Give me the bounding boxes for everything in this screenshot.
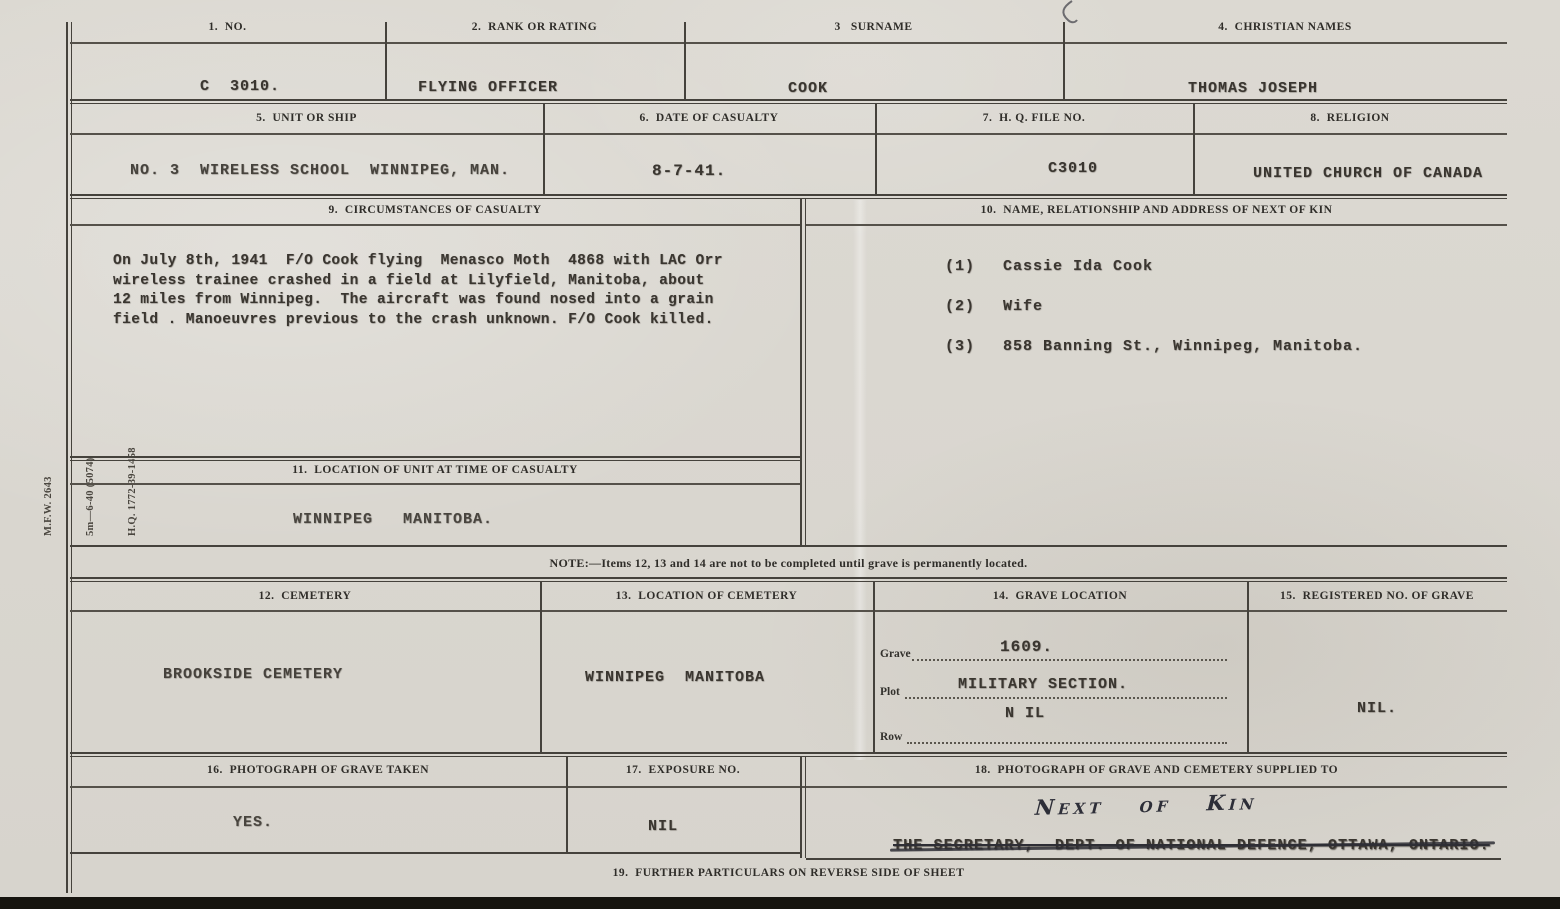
field-4-value: THOMAS JOSEPH: [1188, 80, 1318, 97]
grid-line: [873, 582, 875, 752]
grid-line: [1063, 22, 1065, 100]
field-14-label: 14. GRAVE LOCATION: [873, 590, 1247, 602]
field-3-label: 3 SURNAME: [684, 21, 1063, 33]
paper-background: [0, 0, 1560, 897]
grave-label: Grave: [880, 648, 911, 660]
field-12-value: BROOKSIDE CEMETERY: [163, 666, 343, 683]
grid-line: [70, 456, 800, 461]
field-7-label: 7. H. Q. FILE NO.: [875, 112, 1193, 124]
grid-line: [70, 99, 1507, 104]
field-15-label: 15. REGISTERED NO. OF GRAVE: [1247, 590, 1507, 602]
plot-label: Plot: [880, 686, 900, 698]
grave-value: 1609.: [1000, 638, 1053, 656]
paper-crease: [853, 200, 867, 760]
scanned-casualty-form: M.F.W. 2643 5m—6-40 (5074) H.Q. 1772-39-…: [0, 0, 1560, 909]
field-5-label: 5. UNIT OR SHIP: [70, 112, 543, 124]
next-of-kin-item-text: Wife: [1003, 298, 1043, 315]
field-9-value: On July 8th, 1941 F/O Cook flying Menasc…: [113, 252, 803, 330]
note-text: NOTE:—Items 12, 13 and 14 are not to be …: [70, 556, 1507, 571]
field-6-value: 8-7-41.: [652, 162, 726, 180]
field-12-label: 12. CEMETERY: [70, 590, 540, 602]
grid-line: [70, 224, 800, 226]
grid-line: [70, 786, 1507, 788]
row-value: N IL: [1005, 705, 1045, 722]
field-2-value: FLYING OFFICER: [418, 79, 558, 96]
grid-line: [1247, 582, 1249, 752]
plot-dotted-line: [905, 696, 1227, 699]
field-19-label: 19. FURTHER PARTICULARS ON REVERSE SIDE …: [70, 867, 1507, 879]
field-9-label: 9. CIRCUMSTANCES OF CASUALTY: [70, 204, 800, 216]
stamp-line: 5m—6-40 (5074): [84, 366, 98, 536]
grid-line: [70, 752, 1507, 757]
grid-line: [70, 545, 1507, 547]
grid-line: [70, 852, 800, 854]
grid-line: [70, 483, 800, 485]
grid-line: [70, 610, 1507, 612]
field-8-label: 8. RELIGION: [1193, 112, 1507, 124]
next-of-kin-item-text: 858 Banning St., Winnipeg, Manitoba.: [1003, 338, 1363, 355]
field-18-label: 18. PHOTOGRAPH OF GRAVE AND CEMETERY SUP…: [806, 764, 1507, 776]
field-2-label: 2. RANK OR RATING: [385, 21, 684, 33]
plot-value: MILITARY SECTION.: [958, 676, 1128, 693]
field-11-value: WINNIPEG MANITOBA.: [293, 511, 493, 528]
field-15-value: NIL.: [1247, 700, 1507, 717]
row-dotted-line: [907, 741, 1227, 744]
scan-bottom-bar: [0, 897, 1560, 909]
grid-line: [70, 577, 1507, 582]
field-4-label: 4. CHRISTIAN NAMES: [1063, 21, 1507, 33]
field-16-value: YES.: [233, 814, 273, 831]
grid-line: [806, 858, 1501, 860]
field-1-label: 1. NO.: [70, 21, 385, 33]
grid-line: [684, 22, 686, 100]
field-3-value: COOK: [788, 80, 828, 97]
grid-line: [70, 194, 1507, 199]
field-11-label: 11. LOCATION OF UNIT AT TIME OF CASUALTY: [70, 464, 800, 476]
form-number-stamp: M.F.W. 2643 5m—6-40 (5074) H.Q. 1772-39-…: [14, 366, 60, 536]
next-of-kin-item-num: (3): [945, 338, 975, 355]
grid-line: [70, 133, 1507, 135]
field-1-value: C 3010.: [200, 78, 280, 95]
grid-line: [806, 224, 1507, 226]
field-17-label: 17. EXPOSURE NO.: [566, 764, 800, 776]
field-6-label: 6. DATE OF CASUALTY: [543, 112, 875, 124]
field-13-value: WINNIPEG MANITOBA: [585, 669, 765, 686]
next-of-kin-item-text: Cassie Ida Cook: [1003, 258, 1153, 275]
grid-line: [70, 42, 1507, 44]
field-8-value: UNITED CHURCH OF CANADA: [1253, 165, 1483, 182]
row-label: Row: [880, 731, 902, 743]
next-of-kin-item-num: (1): [945, 258, 975, 275]
next-of-kin-item-num: (2): [945, 298, 975, 315]
field-10-label: 10. NAME, RELATIONSHIP AND ADDRESS OF NE…: [806, 204, 1507, 216]
grid-line: [385, 22, 387, 100]
stamp-line: H.Q. 1772-39-1458: [126, 366, 140, 536]
field-5-value: NO. 3 WIRELESS SCHOOL WINNIPEG, MAN.: [130, 162, 510, 179]
field-16-label: 16. PHOTOGRAPH OF GRAVE TAKEN: [70, 764, 566, 776]
grid-line: [540, 582, 542, 752]
field-7-value: C3010: [1048, 160, 1098, 177]
grave-dotted-line: [912, 658, 1227, 661]
field-13-label: 13. LOCATION OF CEMETERY: [540, 590, 873, 602]
stamp-line: M.F.W. 2643: [42, 366, 56, 536]
field-17-value: NIL: [648, 818, 678, 835]
